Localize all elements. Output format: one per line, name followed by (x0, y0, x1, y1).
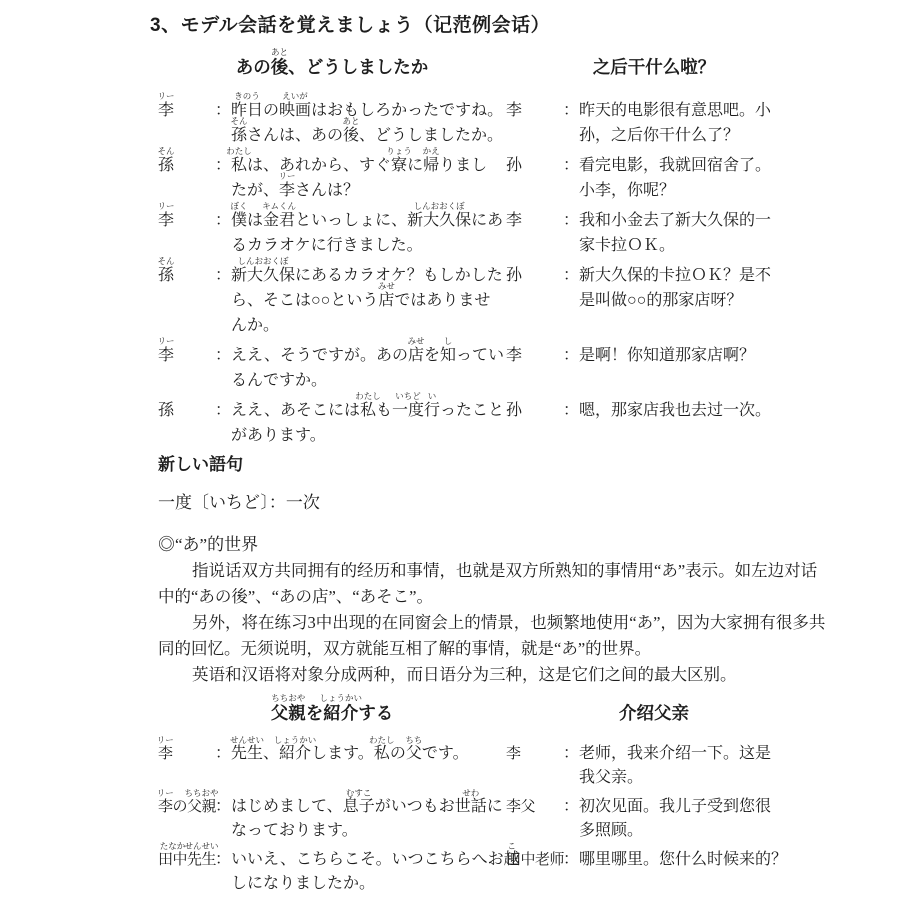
dialog1-title-cn: 之后干什么啦？ (506, 54, 802, 79)
note-line: 指说话双方共同拥有的经历和事情，也就是双方所熟知的事情用“あ”表示。如左边对话 (158, 558, 858, 584)
dialogue-line-cn: ：是啊！你知道那家店啊？ (563, 343, 802, 368)
dialogue-line-jp: ：新大久保しんおおくぼにあるカラオケ？もしかした (215, 263, 506, 288)
note-section: 指说话双方共同拥有的经历和事情，也就是双方所熟知的事情用“あ”表示。如左边对话 … (158, 558, 858, 688)
dialogue-line-cn: ：新大久保的卡拉ＯＫ？是不 (563, 263, 802, 288)
utterance-jp: ：ええ、あそこには私わたしも一度いちど行いったこと があります。 (215, 398, 506, 448)
speaker-name-jp: 李リー (158, 208, 215, 233)
dialogue-line-jp: ら、そこは○○という店みせではありませ (215, 288, 506, 313)
jp-column: 孫 ：ええ、あそこには私わたしも一度いちど行いったこと があります。 (158, 398, 506, 448)
utterance-jp: ：僕ぼくは金君キムくんといっしょに、新大久保しんおおくぼにあ るカラオケに行きま… (215, 208, 506, 258)
speaker-name-jp: 孫 (158, 398, 215, 423)
jp-column: 田中たなか先生せんせい ：いいえ、こちらこそ。いつこちらへお越こ しになりました… (158, 848, 506, 896)
speaker-name-jp: 李リーの父親ちちおや (158, 795, 215, 819)
jp-column: 李リー ：昨日きのうの映画えいがはおもしろかったですね。 孫そんさんは、あの後あ… (158, 98, 506, 148)
note-line: 英语和汉语将对象分成两种，而日语分为三种，这是它们之间的最大区别。 (158, 662, 858, 688)
utterance-jp: ：私わたしは、あれから、すぐ寮りょうに帰かえりまし たが、李リーさんは？ (215, 153, 506, 203)
utterance-cn: ：初次见面。我儿子受到您很 多照顾。 (563, 795, 802, 843)
note-line: 同的回忆。无须说明，双方就能互相了解的事情，就是“あ”的世界。 (158, 636, 858, 662)
dialogue-line-cn: ：嗯，那家店我也去过一次。 (563, 398, 802, 423)
speaker-name-jp: 李リー (158, 343, 215, 368)
utterance-jp: ：新大久保しんおおくぼにあるカラオケ？もしかした ら、そこは○○という店みせでは… (215, 263, 506, 338)
page-title: 3、モデル会話を覚えましょう（记范例会话） (150, 10, 550, 37)
dialog2-headers: 父親ちちおやを紹介しょうかいする 介绍父亲 (158, 700, 802, 725)
speaker-name-cn: 李 (506, 742, 563, 766)
note-line: 中的“あの後”、“あの店”、“あそこ”。 (158, 584, 858, 610)
dialogue-exchange: 李リー ：僕ぼくは金君キムくんといっしょに、新大久保しんおおくぼにあ るカラオケ… (158, 208, 818, 258)
utterance-cn: ：看完电影，我就回宿舍了。 小李，你呢？ (563, 153, 802, 203)
speaker-name-cn: 孙 (506, 398, 563, 423)
cn-column: 孙 ：嗯，那家店我也去过一次。 (506, 398, 802, 448)
speaker-name-jp: 孫そん (158, 263, 215, 288)
jp-column: 李リー ：ええ、そうですが。あの店みせを知しってい るんですか。 (158, 343, 506, 393)
dialogue-line-jp: たが、李リーさんは？ (215, 178, 506, 203)
dialogue-line-cn: ：初次见面。我儿子受到您很 (563, 795, 802, 819)
dialogue-line-cn: ：我和小金去了新大久保的一 (563, 208, 802, 233)
dialogue-line-cn: 孙，之后你干什么了？ (563, 123, 802, 148)
cn-column: 田中老师 ：哪里哪里。您什么时候来的？ (506, 848, 802, 896)
jp-column: 李リー ：先生せんせい、紹介しょうかいします。私わたしの父ちちです。 (158, 742, 506, 790)
dialog1-headers: あの後あと、どうしましたか 之后干什么啦？ (158, 54, 802, 79)
cn-column: 李父 ：初次见面。我儿子受到您很 多照顾。 (506, 795, 802, 843)
speaker-name-jp: 孫そん (158, 153, 215, 178)
dialog2-section: 李リー ：先生せんせい、紹介しょうかいします。私わたしの父ちちです。 李 ：老师… (158, 742, 818, 900)
vocab-entry: 一度〔いちど〕：一次 (158, 488, 320, 513)
dialog1-section: 李リー ：昨日きのうの映画えいがはおもしろかったですね。 孫そんさんは、あの後あ… (158, 98, 818, 453)
dialogue-line-jp: ：はじめまして、息子むすこがいつもお世話せわに (215, 795, 506, 819)
dialogue-exchange: 李リー ：先生せんせい、紹介しょうかいします。私わたしの父ちちです。 李 ：老师… (158, 742, 818, 790)
note-line: 另外，将在练习3中出现的在同窗会上的情景，也频繁地使用“あ”，因为大家拥有很多共 (158, 610, 858, 636)
cn-column: 李 ：昨天的电影很有意思吧。小 孙，之后你干什么了？ (506, 98, 802, 148)
utterance-jp: ：ええ、そうですが。あの店みせを知しってい るんですか。 (215, 343, 506, 393)
dialogue-line-cn: ：昨天的电影很有意思吧。小 (563, 98, 802, 123)
dialogue-exchange: 孫 ：ええ、あそこには私わたしも一度いちど行いったこと があります。 孙 ：嗯，… (158, 398, 818, 448)
dialogue-line-jp: るんですか。 (215, 368, 506, 393)
jp-column: 孫そん ：私わたしは、あれから、すぐ寮りょうに帰かえりまし たが、李リーさんは？ (158, 153, 506, 203)
dialogue-line-jp: 孫そんさんは、あの後あと、どうしましたか。 (215, 123, 506, 148)
cn-column: 孙 ：新大久保的卡拉ＯＫ？是不 是叫做○○的那家店呀？ (506, 263, 802, 338)
dialogue-line-jp: ：ええ、あそこには私わたしも一度いちど行いったこと (215, 398, 506, 423)
dialog1-title-jp: あの後あと、どうしましたか (158, 54, 506, 79)
dialogue-line-jp: ：いいえ、こちらこそ。いつこちらへお越こ (215, 848, 506, 872)
dialog2-title-jp: 父親ちちおやを紹介しょうかいする (158, 700, 506, 725)
utterance-cn: ：是啊！你知道那家店啊？ (563, 343, 802, 393)
utterance-cn: ：老师，我来介绍一下。这是 我父亲。 (563, 742, 802, 790)
dialogue-line-cn: 多照顾。 (563, 819, 802, 843)
dialogue-line-cn: 家卡拉ＯＫ。 (563, 233, 802, 258)
dialogue-exchange: 李リーの父親ちちおや ：はじめまして、息子むすこがいつもお世話せわに なっており… (158, 795, 818, 843)
dialogue-line-jp: るカラオケに行きました。 (215, 233, 506, 258)
dialogue-line-cn: 是叫做○○的那家店呀？ (563, 288, 802, 313)
jp-column: 孫そん ：新大久保しんおおくぼにあるカラオケ？もしかした ら、そこは○○という店… (158, 263, 506, 338)
dialogue-exchange: 李リー ：昨日きのうの映画えいがはおもしろかったですね。 孫そんさんは、あの後あ… (158, 98, 818, 148)
dialogue-exchange: 李リー ：ええ、そうですが。あの店みせを知しってい るんですか。 李 ：是啊！你… (158, 343, 818, 393)
dialogue-line-jp: しになりましたか。 (215, 872, 506, 896)
dialogue-line-jp: ：昨日きのうの映画えいがはおもしろかったですね。 (215, 98, 506, 123)
vocab-heading: 新しい語句 (158, 450, 243, 475)
dialogue-line-cn: ：老师，我来介绍一下。这是 (563, 742, 802, 766)
dialogue-exchange: 孫そん ：私わたしは、あれから、すぐ寮りょうに帰かえりまし たが、李リーさんは？… (158, 153, 818, 203)
dialogue-line-cn: 我父亲。 (563, 766, 802, 790)
speaker-name-cn: 孙 (506, 263, 563, 288)
speaker-name-jp: 李リー (158, 98, 215, 123)
speaker-name-cn: 李 (506, 98, 563, 123)
note-heading: ◎“あ”的世界 (158, 530, 258, 555)
speaker-name-jp: 田中たなか先生せんせい (158, 848, 215, 872)
dialogue-line-cn: 小李，你呢？ (563, 178, 802, 203)
dialogue-line-jp: ：先生せんせい、紹介しょうかいします。私わたしの父ちちです。 (215, 742, 506, 766)
jp-column: 李リーの父親ちちおや ：はじめまして、息子むすこがいつもお世話せわに なっており… (158, 795, 506, 843)
utterance-cn: ：哪里哪里。您什么时候来的？ (563, 848, 802, 896)
dialogue-line-cn: ：哪里哪里。您什么时候来的？ (563, 848, 802, 872)
dialogue-line-jp: んか。 (215, 313, 506, 338)
dialogue-exchange: 田中たなか先生せんせい ：いいえ、こちらこそ。いつこちらへお越こ しになりました… (158, 848, 818, 896)
utterance-cn: ：昨天的电影很有意思吧。小 孙，之后你干什么了？ (563, 98, 802, 148)
utterance-jp: ：先生せんせい、紹介しょうかいします。私わたしの父ちちです。 (215, 742, 506, 790)
utterance-cn: ：嗯，那家店我也去过一次。 (563, 398, 802, 448)
speaker-name-jp: 李リー (158, 742, 215, 766)
dialogue-line-jp: があります。 (215, 423, 506, 448)
cn-column: 孙 ：看完电影，我就回宿舍了。 小李，你呢？ (506, 153, 802, 203)
utterance-cn: ：新大久保的卡拉ＯＫ？是不 是叫做○○的那家店呀？ (563, 263, 802, 338)
utterance-jp: ：昨日きのうの映画えいがはおもしろかったですね。 孫そんさんは、あの後あと、どう… (215, 98, 506, 148)
utterance-jp: ：はじめまして、息子むすこがいつもお世話せわに なっております。 (215, 795, 506, 843)
utterance-jp: ：いいえ、こちらこそ。いつこちらへお越こ しになりましたか。 (215, 848, 506, 896)
speaker-name-cn: 李父 (506, 795, 563, 819)
speaker-name-cn: 孙 (506, 153, 563, 178)
speaker-name-cn: 李 (506, 343, 563, 368)
dialogue-exchange: 孫そん ：新大久保しんおおくぼにあるカラオケ？もしかした ら、そこは○○という店… (158, 263, 818, 338)
dialogue-line-jp: ：私わたしは、あれから、すぐ寮りょうに帰かえりまし (215, 153, 506, 178)
dialogue-line-cn: ：看完电影，我就回宿舍了。 (563, 153, 802, 178)
dialogue-line-jp: なっております。 (215, 819, 506, 843)
cn-column: 李 ：是啊！你知道那家店啊？ (506, 343, 802, 393)
cn-column: 李 ：老师，我来介绍一下。这是 我父亲。 (506, 742, 802, 790)
dialogue-line-jp: ：ええ、そうですが。あの店みせを知しってい (215, 343, 506, 368)
page: { "doc_title": "3、モデル会話を覚えましょう（记范例会话）", … (0, 0, 900, 900)
dialog2-title-cn: 介绍父亲 (506, 700, 802, 725)
jp-column: 李リー ：僕ぼくは金君キムくんといっしょに、新大久保しんおおくぼにあ るカラオケ… (158, 208, 506, 258)
speaker-name-cn: 李 (506, 208, 563, 233)
cn-column: 李 ：我和小金去了新大久保的一 家卡拉ＯＫ。 (506, 208, 802, 258)
dialogue-line-jp: ：僕ぼくは金君キムくんといっしょに、新大久保しんおおくぼにあ (215, 208, 506, 233)
utterance-cn: ：我和小金去了新大久保的一 家卡拉ＯＫ。 (563, 208, 802, 258)
